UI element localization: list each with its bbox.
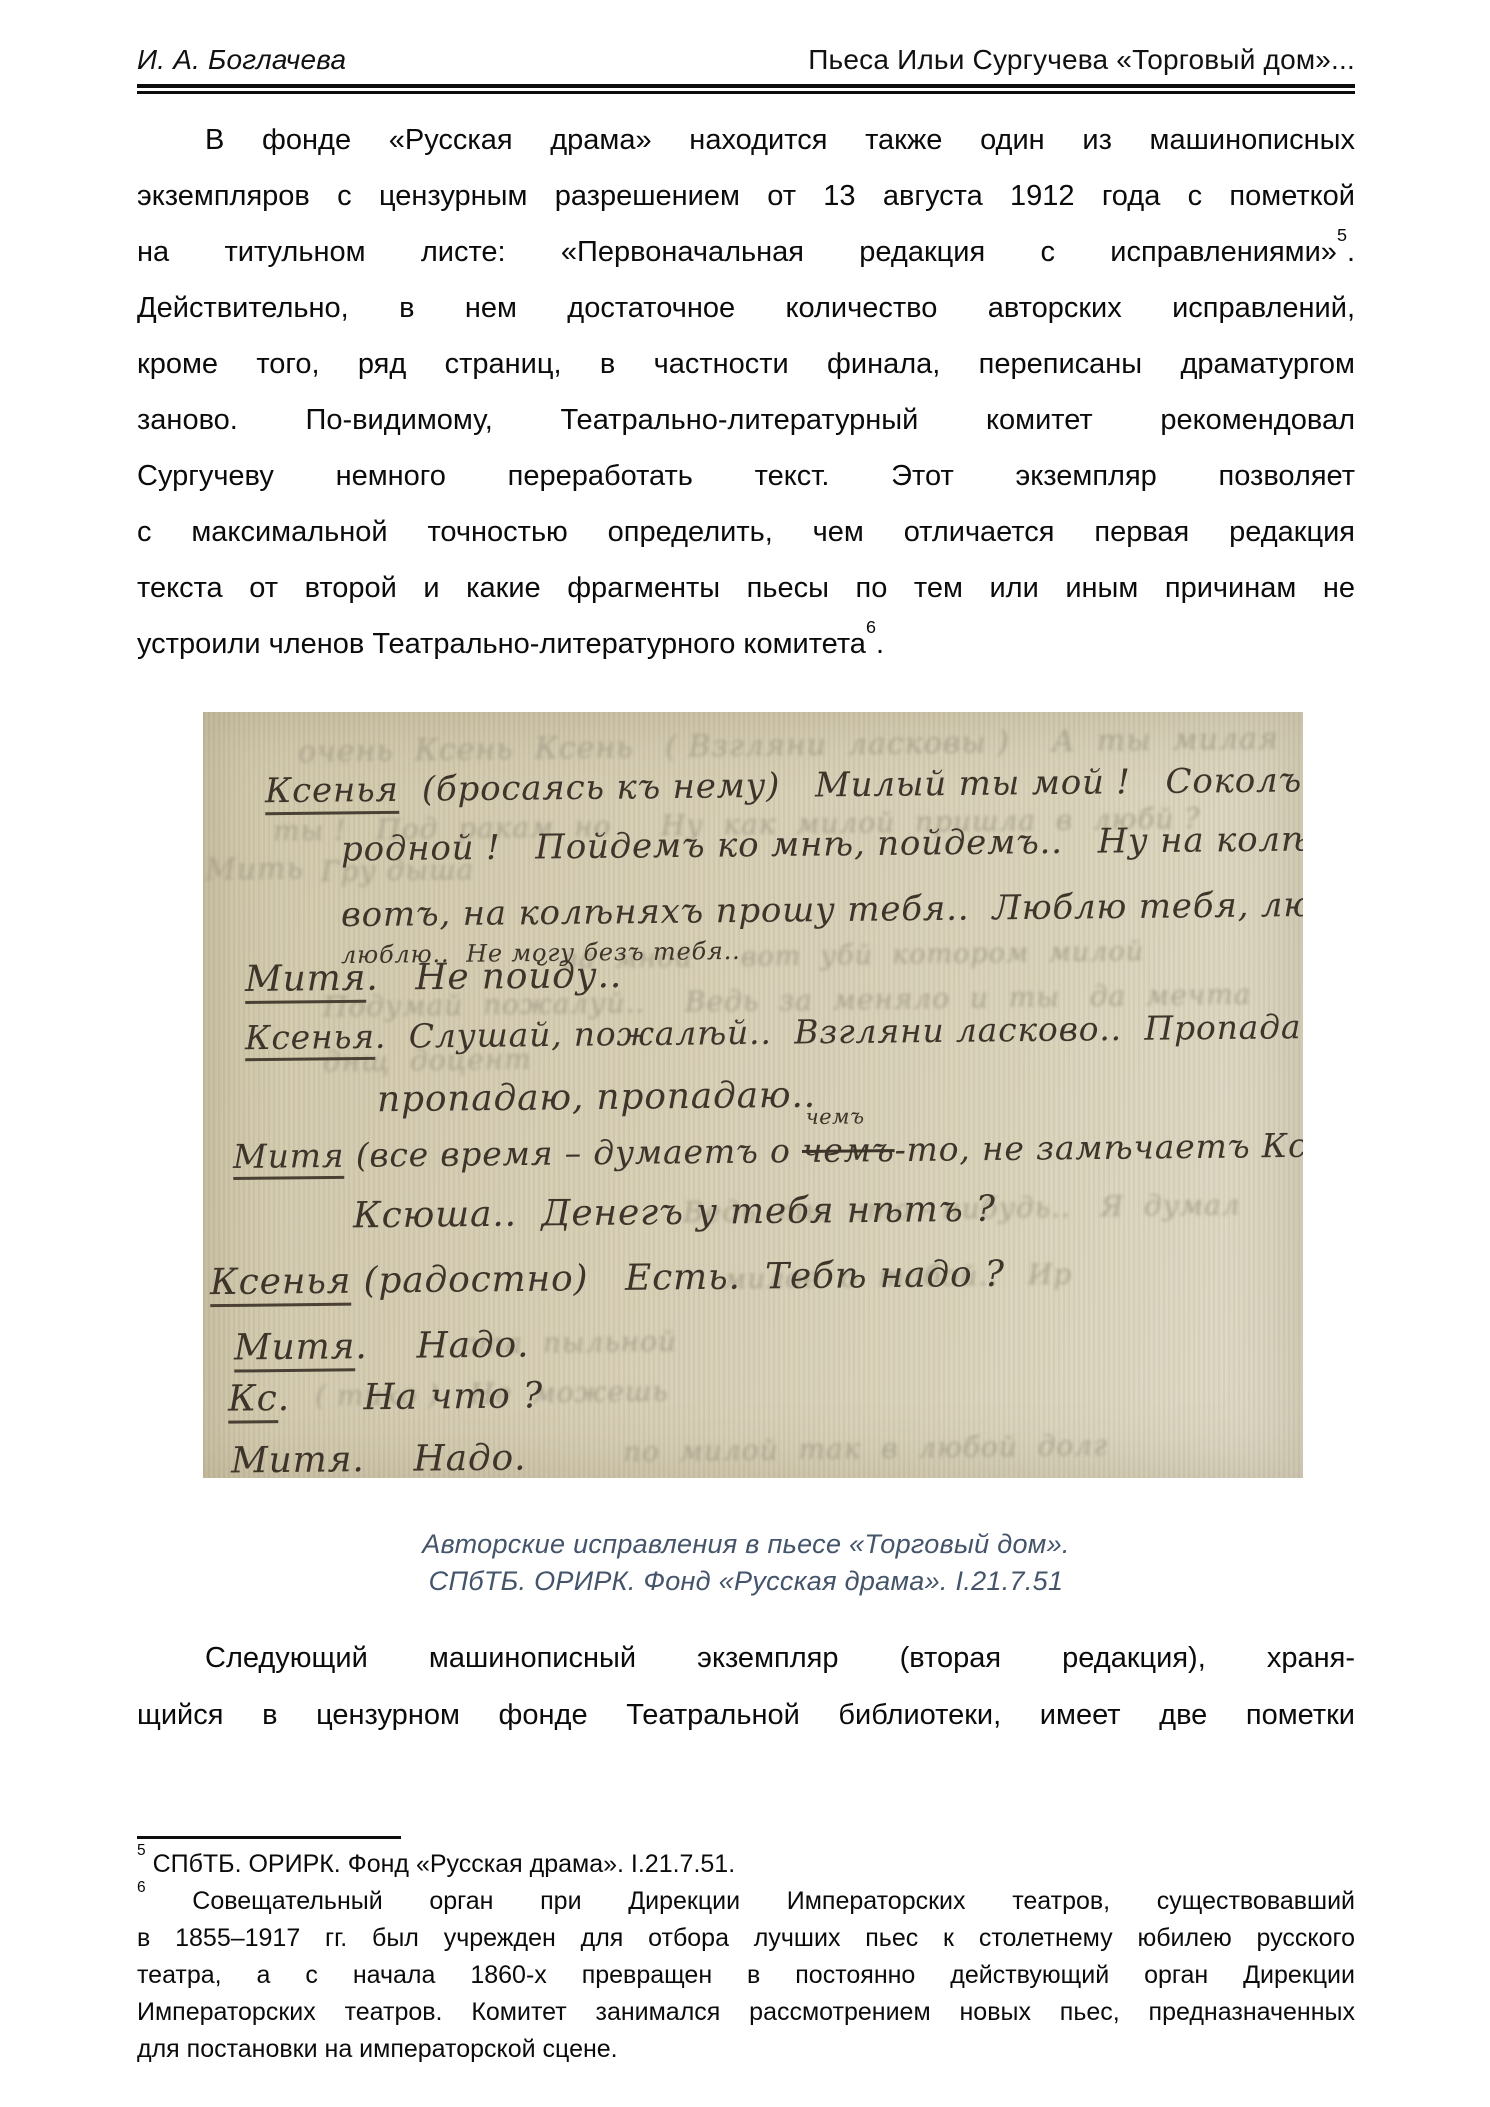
footnote-reference: 6 (137, 1879, 146, 1896)
body-text-line: Действительно, в нем достаточное количес… (137, 280, 1355, 336)
manuscript-line: Митя. Не пойду.. (245, 953, 622, 1002)
manuscript-text: -то, не замѣчаетъ Ксеніи) Слушай, (894, 1123, 1303, 1169)
manuscript-line: Митя. Надо. (231, 1435, 527, 1478)
body-text-line: экземпляров с цензурным разрешением от 1… (137, 168, 1355, 224)
body-text-line: на титульном листе: «Первоначальная реда… (137, 224, 1355, 280)
manuscript-line: вотъ, на колѣняхъ прошу тебя.. Люблю теб… (341, 882, 1303, 937)
inserted-correction: чемъчемъ (802, 1129, 895, 1171)
speaker-label: Ксенья (265, 770, 399, 815)
manuscript-text: (все время – думаетъ о (344, 1131, 802, 1175)
manuscript-line: пропадаю, пропадаю.. (377, 1073, 816, 1123)
body-text-line: В фонде «Русская драма» находится также … (137, 112, 1355, 168)
footnote-reference: 5 (1337, 225, 1347, 245)
figure-caption: Авторские исправления в пьесе «Торговый … (137, 1526, 1355, 1600)
speaker-label: Кс (228, 1378, 278, 1424)
footnote-line: в 1855–1917 гг. был учрежден для отбора … (137, 1920, 1355, 1957)
footnote-separator (137, 1836, 401, 1839)
manuscript-figure: очень Ксень Ксень ( Взгляни ласковы ) А … (203, 712, 1303, 1478)
body-text-line: кроме того, ряд страниц, в частности фин… (137, 336, 1355, 392)
speaker-label: Ксенья (210, 1261, 352, 1307)
speaker-label: Митя (234, 1326, 356, 1372)
speaker-label: Ксенья (245, 1017, 375, 1061)
manuscript-line: Ксюша.. Денегъ у тебя нѣтъ ? (353, 1187, 996, 1239)
footnote-reference: 5 (137, 1842, 146, 1859)
manuscript-text: пропадаю, пропадаю.. (377, 1075, 816, 1121)
body-paragraph-1: В фонде «Русская драма» находится также … (137, 112, 1355, 672)
header-article-title: Пьеса Ильи Сургучева «Торговый дом»... (808, 44, 1355, 76)
footnote-line: для постановки на императорской сцене. (137, 2031, 1355, 2068)
footnote-line: театра, а с начала 1860-х превращен в по… (137, 1957, 1355, 1994)
struck-out-word: чемъ (802, 1130, 895, 1170)
manuscript-line: Митя (все время – думаетъ о чемъчемъ-то,… (233, 1122, 1303, 1177)
footnote-reference: 6 (866, 617, 876, 637)
body-text-line: с максимальной точностью определить, чем… (137, 504, 1355, 560)
manuscript-text: родной ! Пойдемъ ко мнѣ, пойдемъ.. Ну на… (341, 818, 1303, 869)
figure-caption-line-1: Авторские исправления в пьесе «Торговый … (137, 1526, 1355, 1563)
page: { "header": { "author": "И. А. Боглачева… (0, 0, 1490, 2107)
body-text-line: заново. По-видимому, Театрально-литерату… (137, 392, 1355, 448)
manuscript-text: . Не пойду.. (366, 955, 622, 999)
manuscript-line: Ксенья (радостно) Есть. Тебѣ надо ? (210, 1252, 1005, 1305)
manuscript-text: . Надо. (355, 1324, 529, 1367)
body-paragraph-2: Следующий машинописный экземпляр (вторая… (137, 1630, 1355, 1744)
footnotes-block: 5 СПбТБ. ОРИРК. Фонд «Русская драма». I.… (137, 1846, 1355, 2068)
bleed-through-fragment: Мить (205, 851, 304, 887)
manuscript-text: вотъ, на колѣняхъ прошу тебя.. Люблю теб… (341, 883, 1303, 935)
manuscript-text: (радостно) Есть. Тебѣ надо ? (351, 1254, 1005, 1302)
footnote-line: 5 СПбТБ. ОРИРК. Фонд «Русская драма». I.… (137, 1846, 1355, 1883)
body-text-line: Сургучеву немного переработать текст. Эт… (137, 448, 1355, 504)
footnote-line: 6 Совещательный орган при Дирекции Импер… (137, 1883, 1355, 1920)
body-text-line: текста от второй и какие фрагменты пьесы… (137, 560, 1355, 616)
manuscript-line: Кс. На что ? (228, 1373, 543, 1421)
speaker-label: Митя (233, 1136, 345, 1180)
speaker-label: Митя (245, 958, 367, 1004)
bleed-through-fragment: по милой так в любой долг (623, 1429, 1109, 1469)
manuscript-text: . На что ? (277, 1375, 543, 1419)
body-text-line: Следующий машинописный экземпляр (вторая… (137, 1630, 1355, 1687)
manuscript-text: Ксюша.. Денегъ у тебя нѣтъ ? (353, 1189, 996, 1237)
header-author: И. А. Боглачева (137, 44, 346, 76)
running-header: И. А. Боглачева Пьеса Ильи Сургучева «То… (137, 44, 1355, 76)
body-text-line: устроили членов Театрально-литературного… (137, 616, 1355, 672)
figure-caption-line-2: СПбТБ. ОРИРК. Фонд «Русская драма». I.21… (137, 1563, 1355, 1600)
body-text-line: щийся в цензурном фонде Театральной библ… (137, 1687, 1355, 1744)
manuscript-line: Митя. Надо. (234, 1322, 530, 1370)
interlinear-insertion: чемъ (805, 1103, 864, 1130)
header-double-rule (137, 84, 1355, 94)
manuscript-text: . Надо. (352, 1437, 526, 1478)
footnote-line: Императорских театров. Комитет занимался… (137, 1994, 1355, 2031)
speaker-label: Митя (231, 1439, 353, 1478)
